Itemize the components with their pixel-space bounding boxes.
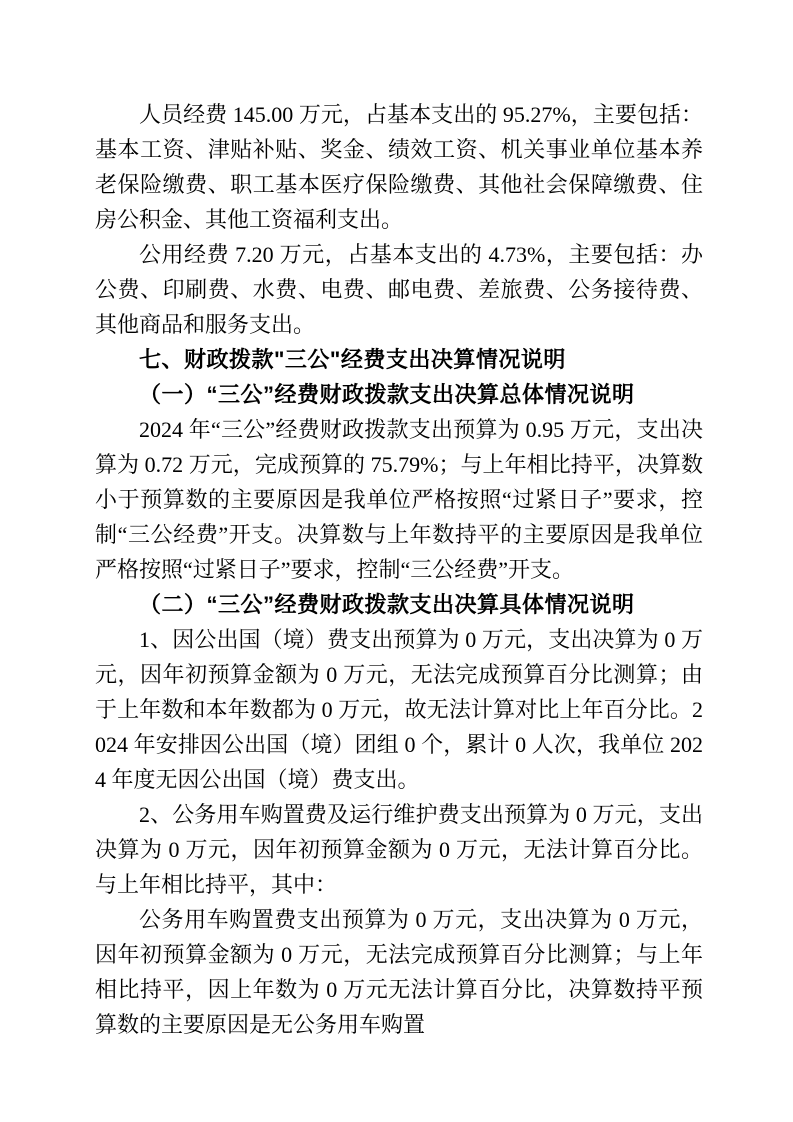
- paragraph-public-utility-expense: 公用经费 7.20 万元，占基本支出的 4.73%，主要包括：办公费、印刷费、水…: [95, 237, 703, 342]
- paragraph-vehicle-purchase-detail: 公务用车购置费支出预算为 0 万元，支出决算为 0 万元，因年初预算金额为 0 …: [95, 902, 703, 1042]
- subsection-heading-two-specific-situation: （二）“三公”经费财政拨款支出决算具体情况说明: [95, 587, 703, 622]
- paragraph-personnel-expense: 人员经费 145.00 万元，占基本支出的 95.27%，主要包括：基本工资、津…: [95, 97, 703, 237]
- paragraph-overall-three-public-budget: 2024 年“三公”经费财政拨款支出预算为 0.95 万元，支出决算为 0.72…: [95, 412, 703, 587]
- document-page: 人员经费 145.00 万元，占基本支出的 95.27%，主要包括：基本工资、津…: [0, 0, 793, 1122]
- subsection-heading-one-overall-situation: （一）“三公”经费财政拨款支出决算总体情况说明: [95, 377, 703, 412]
- paragraph-item2-official-vehicle-expense: 2、公务用车购置费及运行维护费支出预算为 0 万元，支出决算为 0 万元，因年初…: [95, 797, 703, 902]
- section-heading-seven-three-public-funds: 七、财政拨款"三公"经费支出决算情况说明: [95, 342, 703, 377]
- document-body: 人员经费 145.00 万元，占基本支出的 95.27%，主要包括：基本工资、津…: [95, 97, 703, 1042]
- paragraph-item1-overseas-travel-expense: 1、因公出国（境）费支出预算为 0 万元，支出决算为 0 万元，因年初预算金额为…: [95, 622, 703, 797]
